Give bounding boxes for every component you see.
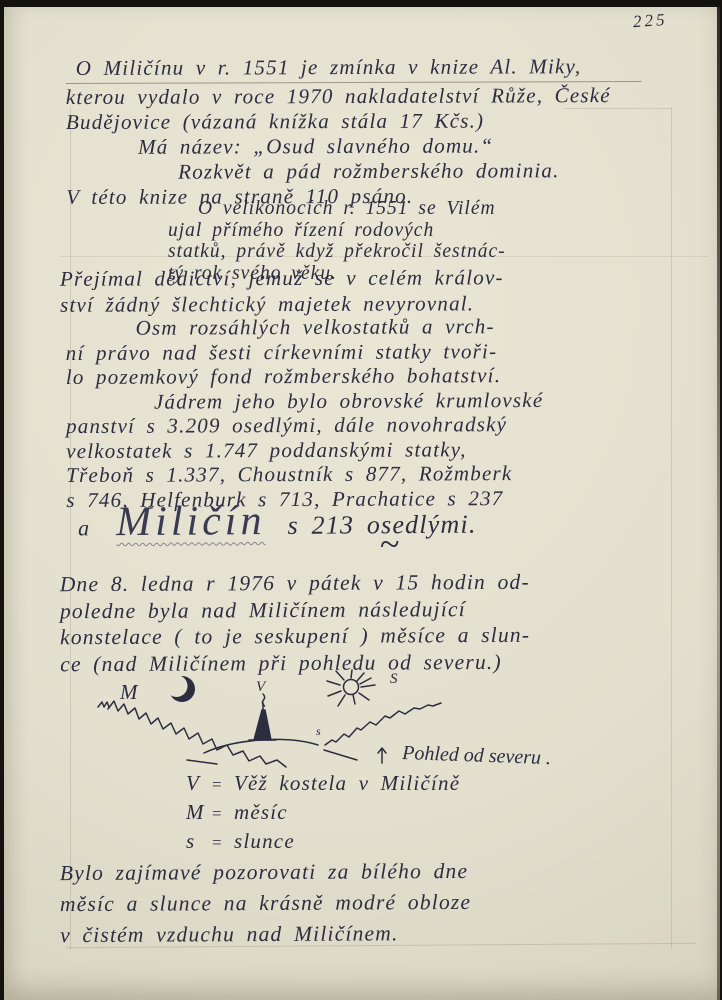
pencil-guide-left bbox=[70, 107, 71, 949]
text-line: měsíc a slunce na krásně modré obloze bbox=[60, 887, 471, 920]
moon-icon bbox=[166, 675, 196, 702]
text-line: v čistém vzduchu nad Miličínem. bbox=[60, 918, 471, 951]
scan-edge-shadow bbox=[717, 7, 720, 1000]
paragraph-estates: Osm rozsáhlých velkostatků a vrch- ní pr… bbox=[66, 314, 544, 512]
text-line: statků, právě když překročil šestnác- bbox=[168, 241, 506, 263]
church-tower-icon bbox=[249, 703, 276, 740]
hill-squiggle-label: s bbox=[316, 724, 321, 738]
text-line: lo pozemkový fond rožmberského bohatství… bbox=[66, 363, 543, 390]
tower-pointer-squiggle bbox=[262, 694, 264, 706]
text-line: ujal přímého řízení rodových bbox=[168, 220, 506, 242]
paragraph-constellation: Dne 8. ledna r 1976 v pátek v 15 hodin o… bbox=[60, 569, 531, 677]
sketch-legend: V = Věž kostela v Miličíně M = měsíc s =… bbox=[186, 771, 460, 858]
text-line: Rozkvět a pád rožmberského dominia. bbox=[66, 158, 642, 185]
ground-icon bbox=[187, 739, 357, 764]
text-line: poledne byla nad Miličínem následující bbox=[60, 595, 530, 624]
text-line: Bylo zajímavé pozorovati za bílého dne bbox=[60, 856, 471, 889]
scanned-chronicle-page: { "page_number": "225", "colors": { "ink… bbox=[0, 0, 722, 1000]
text-line: konstelace ( to je seskupení ) měsíce a … bbox=[60, 622, 530, 651]
equals-sign: = bbox=[212, 804, 234, 824]
paragraph-inheritance: Přejímal dědictví, jemuž se v celém král… bbox=[60, 264, 504, 318]
hill-right-icon bbox=[325, 703, 441, 745]
text-line: Přejímal dědictví, jemuž se v celém král… bbox=[60, 264, 504, 292]
text-line: Dne 8. ledna r 1976 v pátek v 15 hodin o… bbox=[60, 569, 530, 598]
text-line: O Miličínu v r. 1551 je zmínka v knize A… bbox=[66, 54, 642, 84]
legend-symbol: s bbox=[186, 829, 212, 854]
paragraph-observation: Bylo zajímavé pozorovati za bílého dne m… bbox=[60, 856, 472, 951]
legend-item: s = slunce bbox=[186, 829, 460, 858]
sketch-caption: Pohled od severu . bbox=[401, 742, 552, 769]
sun-icon bbox=[327, 670, 375, 706]
paragraph-intro: O Miličínu v r. 1551 je zmínka v knize A… bbox=[66, 54, 643, 210]
page-number: 225 bbox=[632, 10, 668, 32]
equals-sign: = bbox=[212, 775, 234, 795]
text-fragment: a bbox=[78, 515, 90, 541]
arrow-up-icon bbox=[378, 748, 386, 763]
legend-symbol: M bbox=[186, 800, 212, 825]
text-line: velkostatek s 1.747 poddanskými statky, bbox=[66, 436, 543, 463]
legend-text: slunce bbox=[234, 829, 295, 854]
text-line: Osm rozsáhlých velkostatků a vrch- bbox=[66, 314, 543, 341]
pencil-guide-right bbox=[671, 107, 672, 949]
legend-item: M = měsíc bbox=[186, 800, 460, 829]
tower-label: V bbox=[256, 679, 267, 695]
milicin-word: Miličín bbox=[116, 497, 266, 546]
equals-sign: = bbox=[212, 833, 234, 853]
section-separator: ~ bbox=[380, 523, 399, 565]
text-line: ní právo nad šesti církevními statky tvo… bbox=[66, 338, 543, 365]
moon-label: M bbox=[119, 680, 139, 704]
text-line: Má název: „Osud slavného domu.“ bbox=[66, 133, 642, 160]
legend-symbol: V bbox=[186, 771, 212, 796]
sun-label: S bbox=[390, 671, 398, 687]
text-line: O velikonocích r. 1551 se Vilém bbox=[168, 198, 506, 220]
legend-text: měsíc bbox=[234, 800, 288, 825]
text-line: kterou vydalo v roce 1970 nakladatelství… bbox=[66, 83, 642, 110]
constellation-sketch: M V S s Pohled od severu . bbox=[94, 669, 658, 785]
text-line: panství s 3.209 osedlými, dále novohrads… bbox=[66, 412, 543, 439]
paper: 225 O Miličínu v r. 1551 je zmínka v kni… bbox=[4, 7, 720, 1000]
legend-text: Věž kostela v Miličíně bbox=[234, 771, 460, 796]
text-line: Třeboň s 1.337, Choustník s 877, Rožmber… bbox=[66, 461, 543, 488]
milicin-highlight-line: a Miličín s 213 osedlými. bbox=[78, 496, 477, 547]
legend-item: V = Věž kostela v Miličíně bbox=[186, 771, 460, 800]
text-line: Jádrem jeho bylo obrovské krumlovské bbox=[66, 387, 543, 414]
text-line: Budějovice (vázaná knížka stála 17 Kčs.) bbox=[66, 108, 642, 135]
